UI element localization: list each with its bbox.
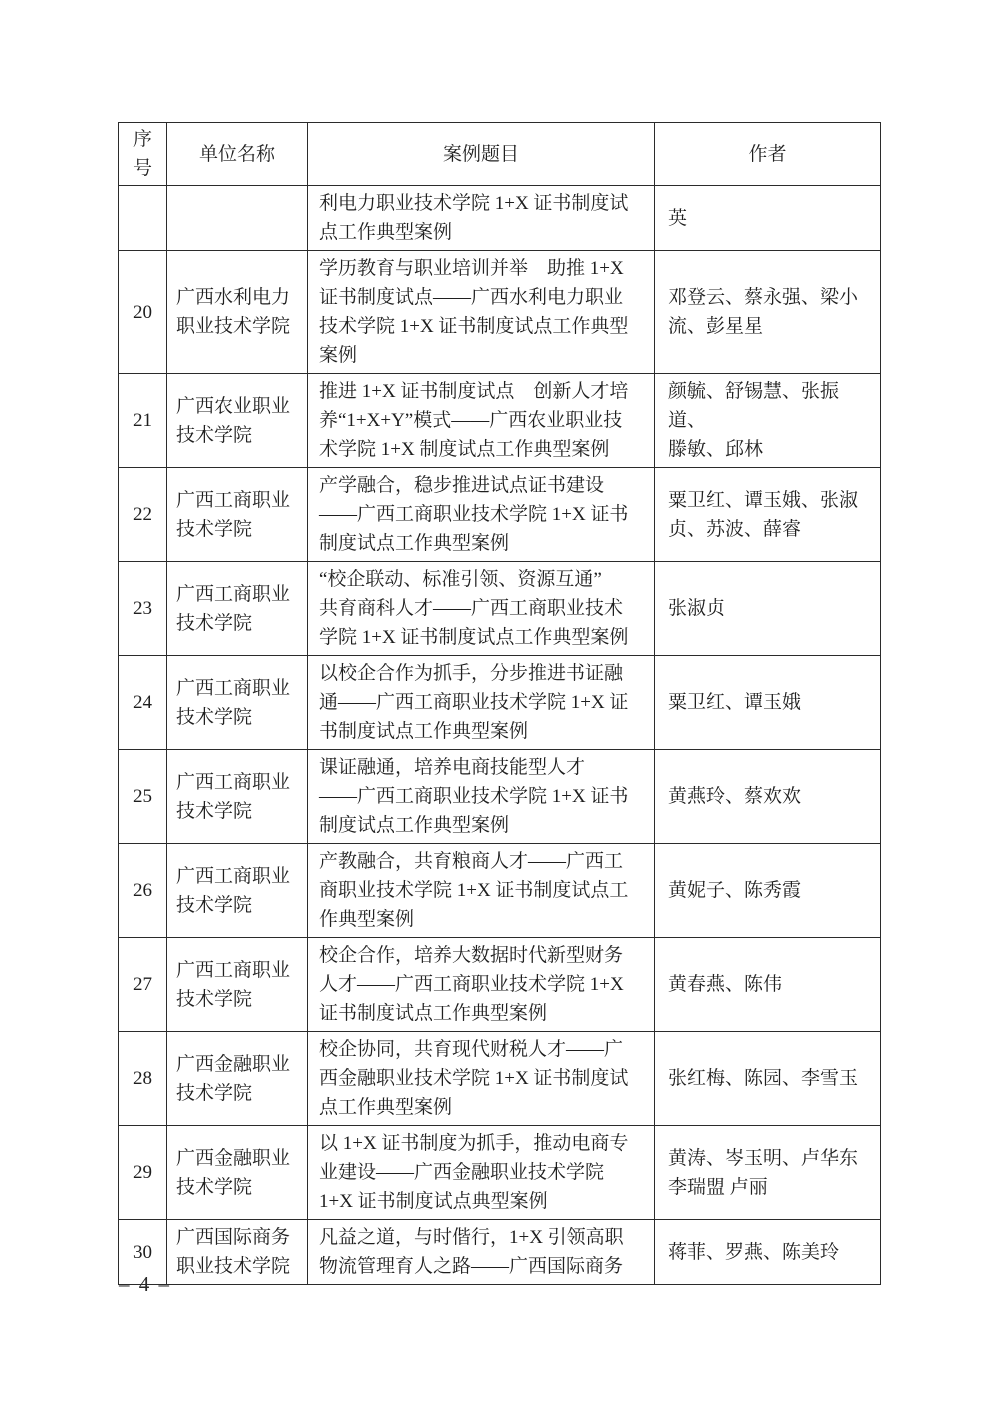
row-index-cell: 21 — [119, 374, 167, 468]
row-index-cell: 29 — [119, 1126, 167, 1220]
table-row: 21 广西农业职业 技术学院 推进 1+X 证书制度试点 创新人才培 养“1+X… — [119, 374, 881, 468]
header-case-title: 案例题目 — [308, 123, 655, 186]
authors-cell: 邓登云、蔡永强、梁小 流、彭星星 — [655, 251, 881, 374]
authors-cell: 黄妮子、陈秀霞 — [655, 844, 881, 938]
authors-cell: 黄燕玲、蔡欢欢 — [655, 750, 881, 844]
unit-name-cell: 广西水利电力 职业技术学院 — [167, 251, 308, 374]
row-index-cell: 27 — [119, 938, 167, 1032]
case-title-cell: 凡益之道，与时偕行，1+X 引领高职 物流管理育人之路——广西国际商务 — [308, 1220, 655, 1285]
unit-name-cell: 广西金融职业 技术学院 — [167, 1032, 308, 1126]
table-row: 29 广西金融职业 技术学院 以 1+X 证书制度为抓手，推动电商专 业建设——… — [119, 1126, 881, 1220]
unit-name-cell: 广西工商职业 技术学院 — [167, 562, 308, 656]
authors-cell: 粟卫红、谭玉娥、张淑 贞、苏波、薛睿 — [655, 468, 881, 562]
case-title-cell: 校企合作，培养大数据时代新型财务 人才——广西工商职业技术学院 1+X 证书制度… — [308, 938, 655, 1032]
row-index-cell: 24 — [119, 656, 167, 750]
case-title-cell: 校企协同，共育现代财税人才——广 西金融职业技术学院 1+X 证书制度试 点工作… — [308, 1032, 655, 1126]
header-index: 序 号 — [119, 123, 167, 186]
case-title-cell: 推进 1+X 证书制度试点 创新人才培 养“1+X+Y”模式——广西农业职业技 … — [308, 374, 655, 468]
row-index-cell: 26 — [119, 844, 167, 938]
case-title-cell: 学历教育与职业培训并举 助推 1+X 证书制度试点——广西水利电力职业 技术学院… — [308, 251, 655, 374]
table-row: 利电力职业技术学院 1+X 证书制度试 点工作典型案例 英 — [119, 186, 881, 251]
unit-name-cell: 广西工商职业 技术学院 — [167, 656, 308, 750]
row-index-cell — [119, 186, 167, 251]
unit-name-cell: 广西农业职业 技术学院 — [167, 374, 308, 468]
row-index-cell: 22 — [119, 468, 167, 562]
row-index-cell: 23 — [119, 562, 167, 656]
case-title-cell: 产教融合，共育粮商人才——广西工 商职业技术学院 1+X 证书制度试点工 作典型… — [308, 844, 655, 938]
unit-name-cell: 广西工商职业 技术学院 — [167, 844, 308, 938]
case-table: 序 号 单位名称 案例题目 作者 利电力职业技术学院 1+X 证书制度试 点工作… — [118, 122, 881, 1285]
header-authors: 作者 — [655, 123, 881, 186]
table-header-row: 序 号 单位名称 案例题目 作者 — [119, 123, 881, 186]
unit-name-cell — [167, 186, 308, 251]
authors-cell: 英 — [655, 186, 881, 251]
header-unit-name: 单位名称 — [167, 123, 308, 186]
case-title-cell: 以 1+X 证书制度为抓手，推动电商专 业建设——广西金融职业技术学院 1+X … — [308, 1126, 655, 1220]
table-row: 30 广西国际商务 职业技术学院 凡益之道，与时偕行，1+X 引领高职 物流管理… — [119, 1220, 881, 1285]
case-title-cell: 产学融合，稳步推进试点证书建设 ——广西工商职业技术学院 1+X 证书 制度试点… — [308, 468, 655, 562]
row-index-cell: 25 — [119, 750, 167, 844]
row-index-cell: 20 — [119, 251, 167, 374]
unit-name-cell: 广西工商职业 技术学院 — [167, 750, 308, 844]
table-row: 24 广西工商职业 技术学院 以校企合作为抓手，分步推进书证融 通——广西工商职… — [119, 656, 881, 750]
case-title-cell: “校企联动、标准引领、资源互通” 共育商科人才——广西工商职业技术 学院 1+X… — [308, 562, 655, 656]
table-row: 22 广西工商职业 技术学院 产学融合，稳步推进试点证书建设 ——广西工商职业技… — [119, 468, 881, 562]
authors-cell: 张淑贞 — [655, 562, 881, 656]
unit-name-cell: 广西金融职业 技术学院 — [167, 1126, 308, 1220]
authors-cell: 蒋菲、罗燕、陈美玲 — [655, 1220, 881, 1285]
case-title-cell: 利电力职业技术学院 1+X 证书制度试 点工作典型案例 — [308, 186, 655, 251]
table-row: 27 广西工商职业 技术学院 校企合作，培养大数据时代新型财务 人才——广西工商… — [119, 938, 881, 1032]
table-row: 25 广西工商职业 技术学院 课证融通，培养电商技能型人才 ——广西工商职业技术… — [119, 750, 881, 844]
case-title-cell: 课证融通，培养电商技能型人才 ——广西工商职业技术学院 1+X 证书 制度试点工… — [308, 750, 655, 844]
table-row: 28 广西金融职业 技术学院 校企协同，共育现代财税人才——广 西金融职业技术学… — [119, 1032, 881, 1126]
unit-name-cell: 广西国际商务 职业技术学院 — [167, 1220, 308, 1285]
unit-name-cell: 广西工商职业 技术学院 — [167, 468, 308, 562]
document-page: 序 号 单位名称 案例题目 作者 利电力职业技术学院 1+X 证书制度试 点工作… — [0, 0, 1000, 1414]
row-index-cell: 28 — [119, 1032, 167, 1126]
unit-name-cell: 广西工商职业 技术学院 — [167, 938, 308, 1032]
table-row: 20 广西水利电力 职业技术学院 学历教育与职业培训并举 助推 1+X 证书制度… — [119, 251, 881, 374]
table-row: 26 广西工商职业 技术学院 产教融合，共育粮商人才——广西工 商职业技术学院 … — [119, 844, 881, 938]
authors-cell: 粟卫红、谭玉娥 — [655, 656, 881, 750]
authors-cell: 黄涛、岑玉明、卢华东 李瑞盟 卢丽 — [655, 1126, 881, 1220]
page-number: – 4 – — [119, 1272, 171, 1297]
authors-cell: 张红梅、陈园、李雪玉 — [655, 1032, 881, 1126]
table-row: 23 广西工商职业 技术学院 “校企联动、标准引领、资源互通” 共育商科人才——… — [119, 562, 881, 656]
case-title-cell: 以校企合作为抓手，分步推进书证融 通——广西工商职业技术学院 1+X 证 书制度… — [308, 656, 655, 750]
authors-cell: 颜毓、舒锡慧、张振道、 滕敏、邱林 — [655, 374, 881, 468]
authors-cell: 黄春燕、陈伟 — [655, 938, 881, 1032]
